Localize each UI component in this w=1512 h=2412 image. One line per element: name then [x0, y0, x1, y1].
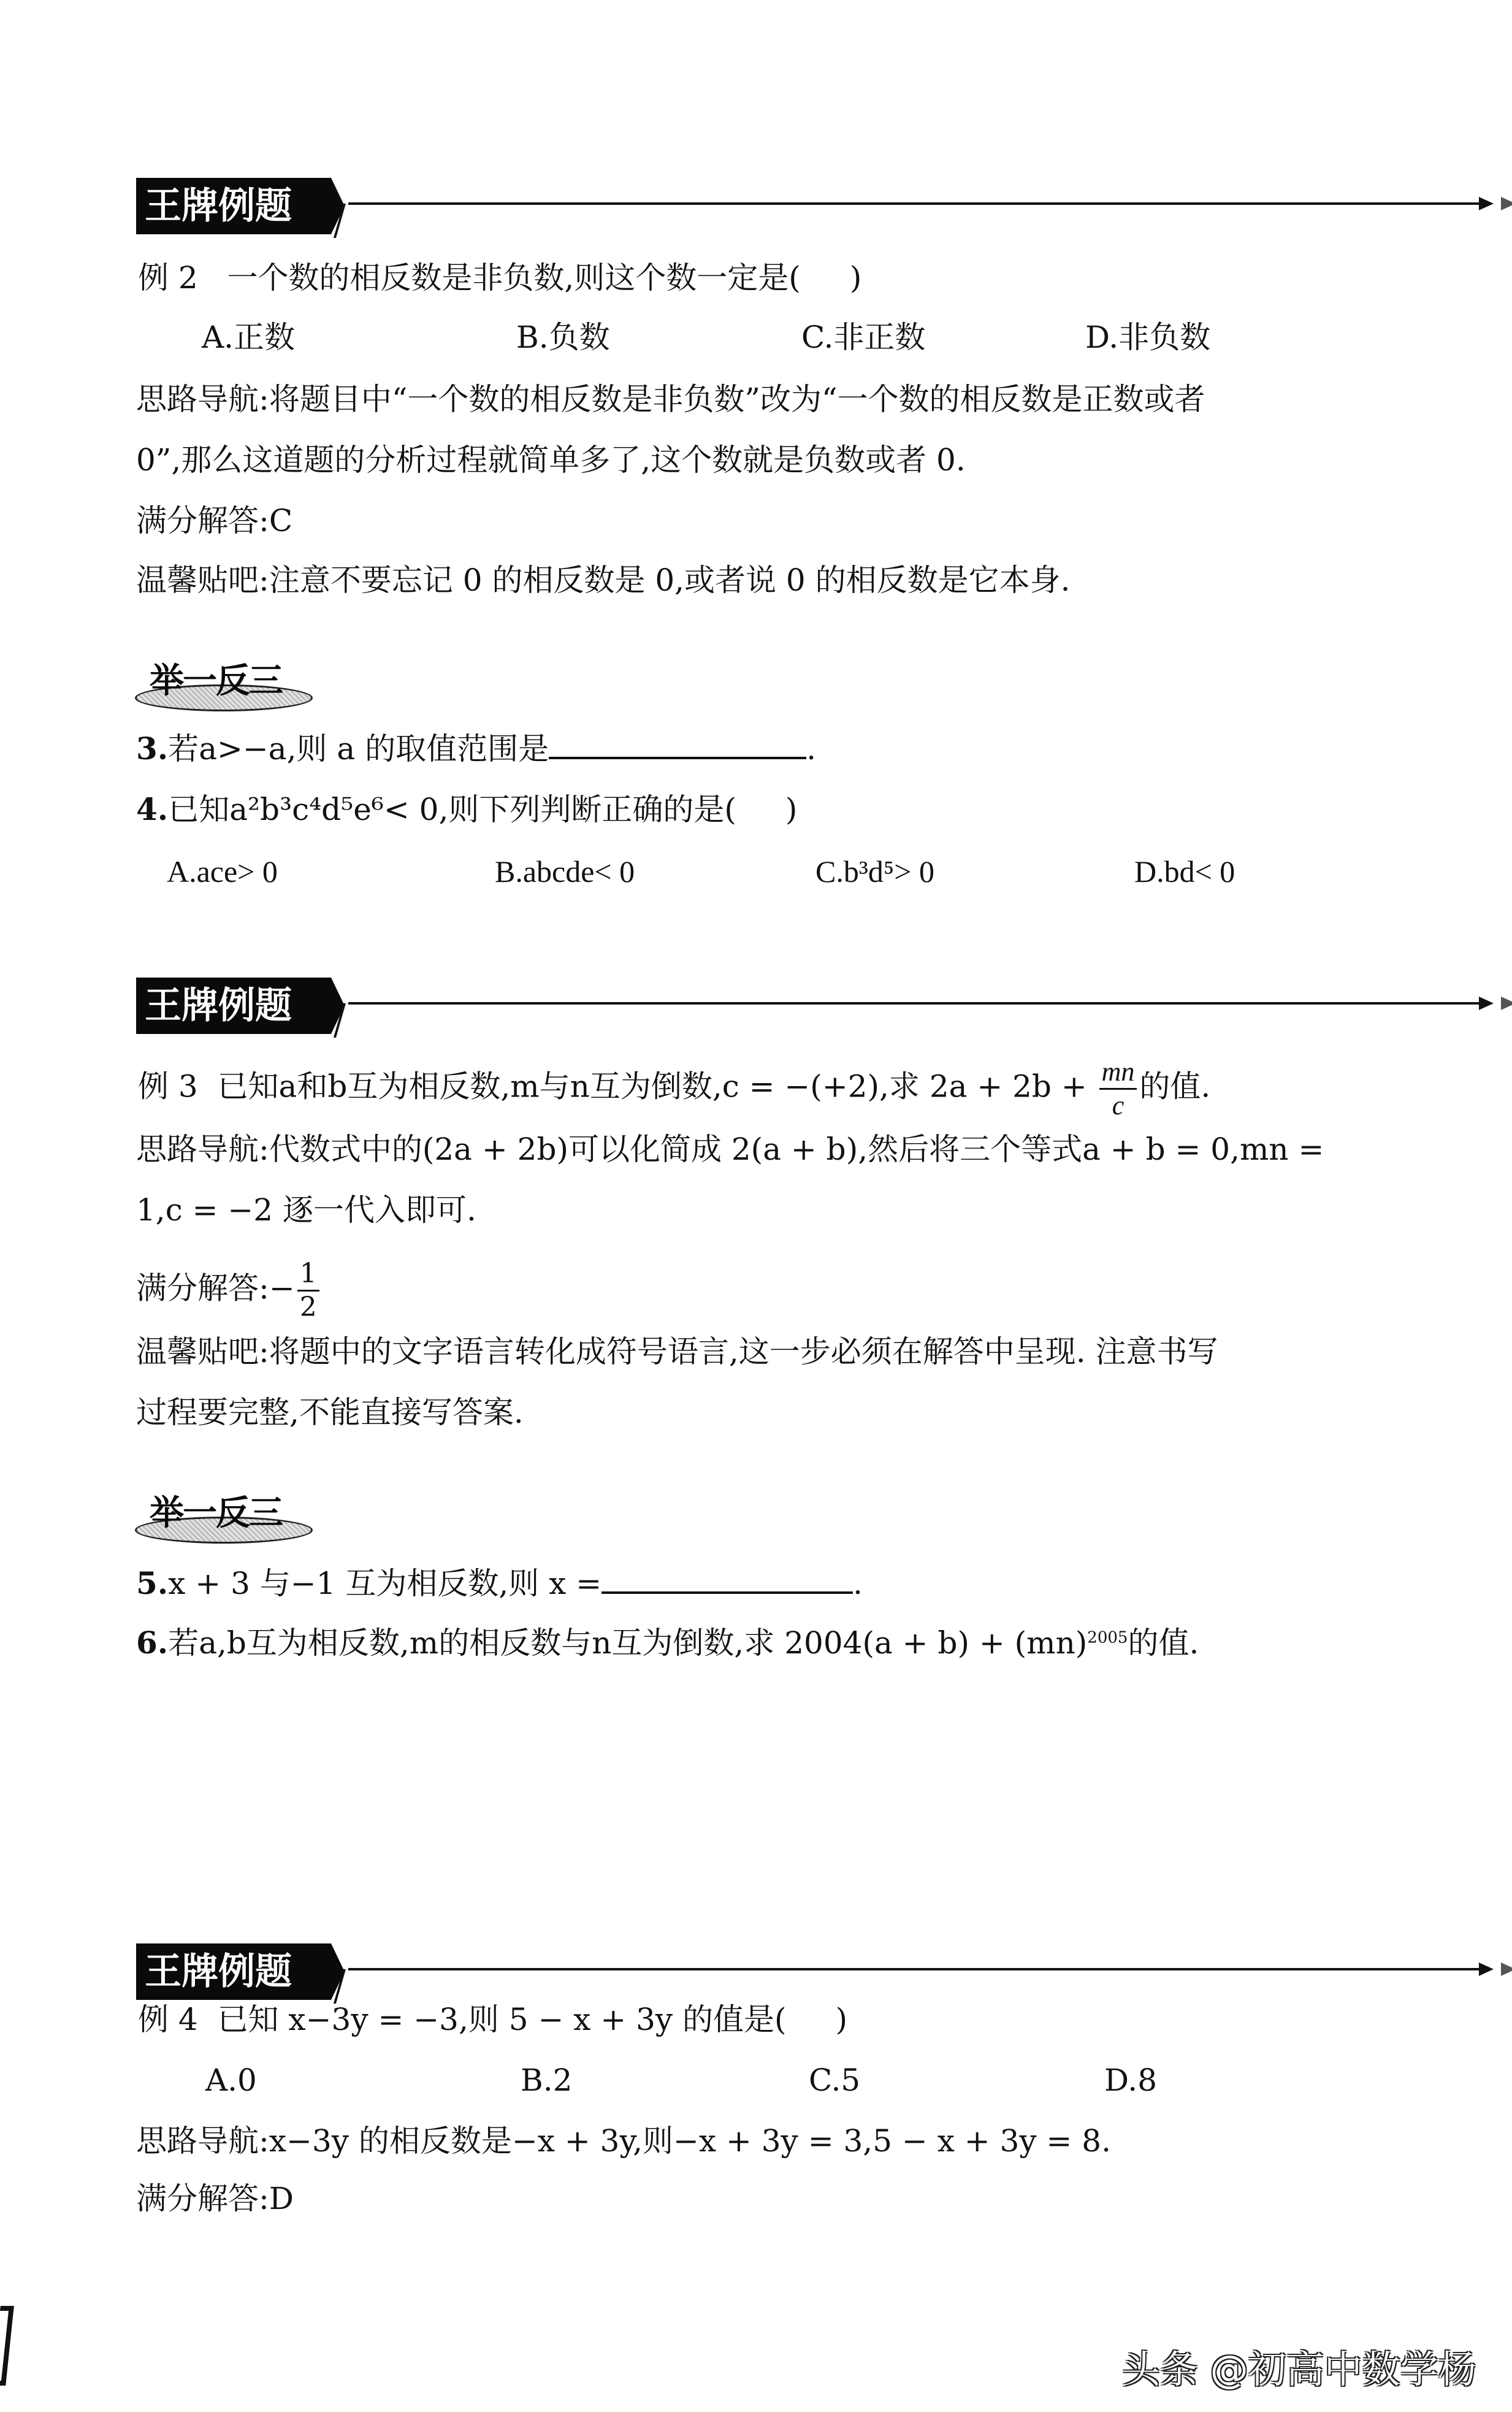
item-number: 3. [136, 730, 168, 767]
answer: 满分解答:−12 [136, 1260, 322, 1321]
analysis-line-1: 思路导航:代数式中的(2a + 2b)可以化简成 2(a + b),然后将三个等… [136, 1130, 1324, 1169]
practice-badge-2: 举一反三 [135, 1492, 319, 1544]
answer: 满分解答:D [136, 2179, 294, 2218]
section-banner-2: 王牌例题 [136, 978, 1411, 1034]
item-number: 4. [136, 791, 168, 827]
option-c: C.非正数 [801, 318, 925, 357]
item-text: 若a,b互为相反数,m的相反数与n互为倒数,求 2004(a + b) + (m… [168, 1625, 1087, 1661]
option-a: A.正数 [202, 318, 295, 357]
item-text: 若a>−a,则 a 的取值范围是 [168, 731, 549, 767]
example-2-question: 例 2 一个数的相反数是非负数,则这个数一定是() [138, 258, 861, 297]
arrow-right-icon [1479, 1962, 1494, 1976]
section-banner-3: 王牌例题 [136, 1943, 1411, 2000]
option-c: C.5 [809, 2061, 860, 2100]
item4-option-a: A.ace> 0 [167, 852, 278, 891]
question-text: 已知a和b互为相反数,m与n互为倒数,c = −(+2),求 2a + 2b + [218, 1069, 1097, 1105]
item4-option-b: B.abcde< 0 [495, 852, 635, 891]
item-end: . [853, 1566, 863, 1601]
option-d: D.8 [1104, 2061, 1157, 2100]
example-label: 例 2 [138, 260, 198, 296]
question-end: 的值. [1139, 1069, 1210, 1105]
item-end: . [806, 731, 816, 767]
denominator: c [1099, 1090, 1137, 1119]
paren-close: ) [850, 260, 862, 296]
banner-rule [348, 1002, 1479, 1005]
example-4-question: 例 4 已知 x−3y = −3,则 5 − x + 3y 的值是() [138, 2000, 847, 2039]
badge-label: 举一反三 [150, 1492, 282, 1535]
banner-label: 王牌例题 [136, 1943, 331, 2000]
badge-label: 举一反三 [150, 660, 282, 703]
item-end: 的值. [1128, 1625, 1199, 1661]
item-end: ) [785, 792, 798, 827]
banner-label: 王牌例题 [136, 178, 331, 234]
option-b: B.负数 [516, 318, 610, 357]
practice-item-3: 3.若a>−a,则 a 的取值范围是. [136, 729, 816, 768]
banner-label: 王牌例题 [136, 978, 331, 1034]
option-a: A.0 [205, 2061, 257, 2100]
page-corner-mark [0, 2306, 14, 2386]
arrow-right-icon [1479, 197, 1494, 210]
banner-rule [348, 202, 1479, 205]
item-text: 已知a²b³c⁴d⁵e⁶< 0,则下列判断正确的是( [168, 792, 736, 827]
analysis-line-2: 0”,那么这道题的分析过程就简单多了,这个数就是负数或者 0. [136, 440, 966, 480]
item-number: 6. [136, 1625, 168, 1661]
arrow-right-icon [1501, 997, 1512, 1010]
answer-blank[interactable] [549, 732, 806, 759]
tip-line-2: 过程要完整,不能直接写答案. [136, 1393, 524, 1432]
analysis: 思路导航:x−3y 的相反数是−x + 3y,则−x + 3y = 3,5 − … [136, 2121, 1111, 2161]
watermark: 头条 @初高中数学杨 [1122, 2348, 1476, 2392]
example-3-question: 例 3 已知a和b互为相反数,m与n互为倒数,c = −(+2),求 2a + … [138, 1059, 1210, 1119]
practice-item-6: 6.若a,b互为相反数,m的相反数与n互为倒数,求 2004(a + b) + … [136, 1623, 1199, 1663]
practice-item-5: 5.x + 3 与−1 互为相反数,则 x =. [136, 1564, 863, 1603]
paren-close: ) [836, 2002, 848, 2037]
fraction-mn-over-c: mnc [1099, 1059, 1137, 1119]
numerator: 1 [297, 1260, 319, 1292]
option-d: D.非负数 [1085, 318, 1210, 357]
tip: 温馨贴吧:注意不要忘记 0 的相反数是 0,或者说 0 的相反数是它本身. [136, 561, 1071, 600]
item-text: x + 3 与−1 互为相反数,则 x = [168, 1566, 601, 1601]
question-text: 一个数的相反数是非负数,则这个数一定是( [227, 260, 800, 296]
banner-rule [348, 1968, 1479, 1970]
practice-badge-1: 举一反三 [135, 660, 319, 711]
item4-option-c: C.b³d⁵> 0 [815, 852, 934, 891]
numerator: mn [1099, 1059, 1137, 1090]
answer-blank[interactable] [601, 1567, 853, 1594]
arrow-right-icon [1501, 197, 1512, 210]
question-text: 已知 x−3y = −3,则 5 − x + 3y 的值是( [218, 2002, 787, 2037]
exponent: 2005 [1087, 1628, 1128, 1647]
analysis-line-1: 思路导航:将题目中“一个数的相反数是非负数”改为“一个数的相反数是正数或者 [136, 380, 1205, 419]
example-label: 例 3 [138, 1069, 198, 1105]
analysis-line-2: 1,c = −2 逐一代入即可. [136, 1190, 476, 1230]
section-banner-1: 王牌例题 [136, 178, 1411, 234]
example-label: 例 4 [138, 2002, 198, 2037]
item-number: 5. [136, 1565, 168, 1601]
practice-item-4: 4.已知a²b³c⁴d⁵e⁶< 0,则下列判断正确的是() [136, 790, 797, 829]
answer-label: 满分解答:− [136, 1271, 295, 1306]
tip-line-1: 温馨贴吧:将题中的文字语言转化成符号语言,这一步必须在解答中呈现. 注意书写 [136, 1332, 1218, 1371]
fraction-one-half: 12 [297, 1260, 319, 1321]
arrow-right-icon [1479, 997, 1494, 1010]
option-b: B.2 [521, 2061, 572, 2100]
arrow-right-icon [1501, 1962, 1512, 1976]
denominator: 2 [297, 1292, 319, 1321]
item4-option-d: D.bd< 0 [1134, 852, 1235, 891]
answer: 满分解答:C [136, 501, 292, 540]
